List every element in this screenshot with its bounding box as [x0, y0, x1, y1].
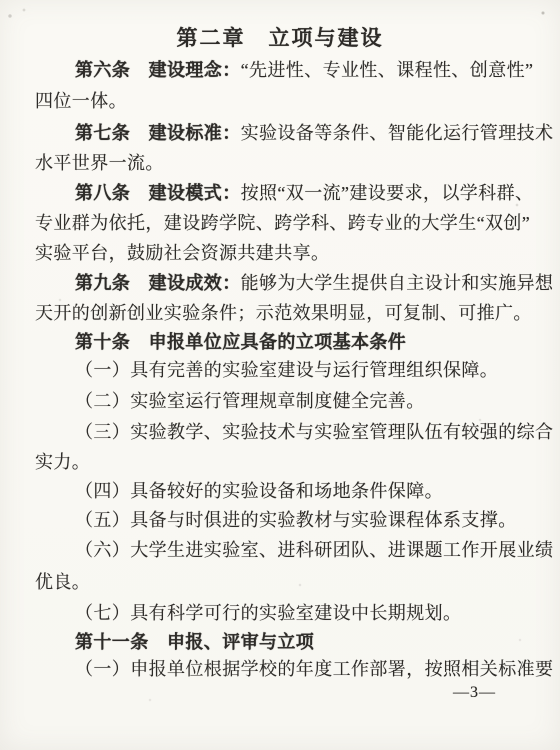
text-line: 实力。: [35, 450, 90, 474]
text-line: （三）实验教学、实验技术与实验室管理队伍有较强的综合: [35, 420, 553, 444]
body-text-segment: “先进性、专业性、课程性、创意性”: [241, 60, 534, 80]
text-line: （五）具备与时俱进的实验教材与实验课程体系支撑。: [35, 508, 517, 532]
article-heading-segment: 第七条 建设标准：: [75, 123, 241, 143]
text-line: 专业群为依托，建设跨学院、跨学科、跨专业的大学生“双创”: [35, 211, 530, 235]
body-text-segment: （四）具备较好的实验设备和场地条件保障。: [75, 481, 443, 501]
body-text-segment: 天开的创新创业实验条件；示范效果明显，可复制、可推广。: [35, 303, 532, 323]
article-heading-segment: 第十条 申报单位应具备的立项基本条件: [75, 332, 406, 352]
text-line: 第六条 建设理念：“先进性、专业性、课程性、创意性”: [35, 58, 533, 82]
text-line: （七）具有科学可行的实验室建设中长期规划。: [35, 601, 461, 625]
chapter-title: 第二章 立项与建设: [0, 22, 560, 52]
body-text-segment: 按照“双一流”建设要求，以学科群、: [241, 183, 534, 203]
text-line: 第十条 申报单位应具备的立项基本条件: [35, 330, 406, 354]
document-page: 第二章 立项与建设 第六条 建设理念：“先进性、专业性、课程性、创意性”四位一体…: [0, 0, 560, 750]
text-line: （四）具备较好的实验设备和场地条件保障。: [35, 479, 443, 503]
text-line: （二）实验室运行管理规章制度健全完善。: [35, 389, 425, 413]
text-line: 第十一条 申报、评审与立项: [35, 630, 314, 654]
body-text-segment: 实验平台，鼓励社会资源共建共享。: [35, 243, 329, 263]
article-heading-segment: 第十一条 申报、评审与立项: [75, 632, 314, 652]
body-text-segment: （一）申报单位根据学校的年度工作部署，按照相关标准要: [75, 659, 553, 679]
article-heading-segment: 第六条 建设理念：: [75, 60, 241, 80]
article-heading-segment: 第九条 建设成效：: [75, 273, 241, 293]
page-number: —3—: [453, 684, 496, 702]
text-line: 实验平台，鼓励社会资源共建共享。: [35, 241, 329, 265]
body-text-segment: （三）实验教学、实验技术与实验室管理队伍有较强的综合: [75, 422, 553, 442]
text-line: （六）大学生进实验室、进科研团队、进课题工作开展业绩: [35, 538, 553, 562]
body-text-segment: 实验设备等条件、智能化运行管理技术: [241, 123, 554, 143]
body-text-segment: 优良。: [35, 572, 90, 592]
text-line: 天开的创新创业实验条件；示范效果明显，可复制、可推广。: [35, 301, 532, 325]
body-text-segment: （五）具备与时俱进的实验教材与实验课程体系支撑。: [75, 510, 517, 530]
article-heading-segment: 第八条 建设模式：: [75, 183, 241, 203]
body-text-segment: （六）大学生进实验室、进科研团队、进课题工作开展业绩: [75, 540, 553, 560]
text-line: 第九条 建设成效：能够为大学生提供自主设计和实施异想: [35, 271, 553, 295]
body-text-segment: （一）具有完善的实验室建设与运行管理组织保障。: [75, 360, 498, 380]
body-text-segment: 四位一体。: [35, 91, 127, 111]
text-line: 四位一体。: [35, 89, 127, 113]
body-text-segment: 水平世界一流。: [35, 153, 164, 173]
body-text-segment: 专业群为依托，建设跨学院、跨学科、跨专业的大学生“双创”: [35, 213, 530, 233]
text-line: （一）具有完善的实验室建设与运行管理组织保障。: [35, 358, 498, 382]
body-text-segment: 能够为大学生提供自主设计和实施异想: [241, 273, 554, 293]
body-text-segment: （二）实验室运行管理规章制度健全完善。: [75, 391, 425, 411]
text-line: （一）申报单位根据学校的年度工作部署，按照相关标准要: [35, 657, 553, 681]
text-line: 优良。: [35, 570, 90, 594]
text-line: 第八条 建设模式：按照“双一流”建设要求，以学科群、: [35, 181, 533, 205]
text-line: 水平世界一流。: [35, 151, 164, 175]
text-line: 第七条 建设标准：实验设备等条件、智能化运行管理技术: [35, 121, 553, 145]
body-text-segment: 实力。: [35, 452, 90, 472]
body-text-segment: （七）具有科学可行的实验室建设中长期规划。: [75, 603, 461, 623]
